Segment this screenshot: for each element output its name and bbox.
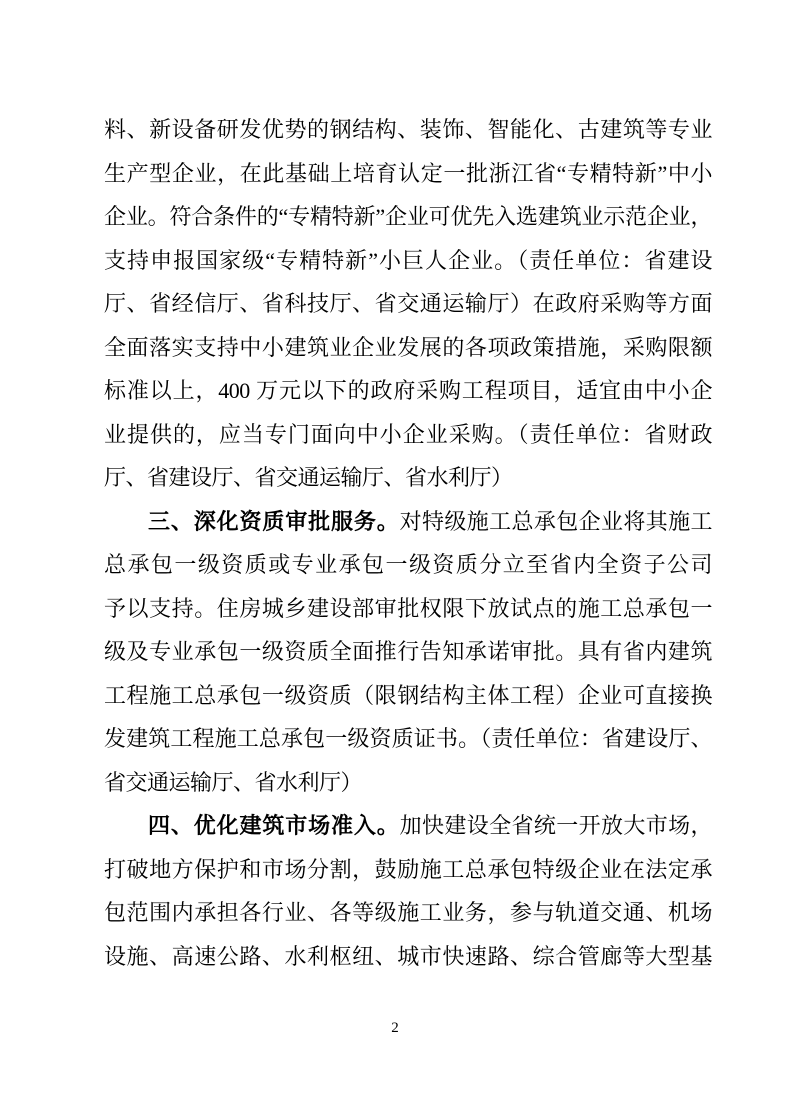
- section-4-first-line: 四、优化建筑市场准入。加快建设全省统一开放大市场，: [104, 804, 712, 848]
- text-line: 企业。符合条件的“专精特新”企业可优先入选建筑业示范企业，: [104, 195, 712, 239]
- page-number: 2: [0, 1016, 790, 1040]
- text-line: 级及专业承包一级资质全面推行告知承诺审批。具有省内建筑: [104, 630, 712, 674]
- section-3-heading: 三、深化资质审批服务。: [148, 509, 400, 534]
- text-line: 设施、高速公路、水利枢纽、城市快速路、综合管廊等大型基: [104, 935, 712, 979]
- text-line: 予以支持。住房城乡建设部审批权限下放试点的施工总承包一: [104, 587, 712, 631]
- text-line: 生产型企业，在此基础上培育认定一批浙江省“专精特新”中小: [104, 152, 712, 196]
- text-line: 省交通运输厅、省水利厅）: [104, 761, 712, 805]
- text-line: 全面落实支持中小建筑业企业发展的各项政策措施，采购限额: [104, 326, 712, 370]
- section-3-first-line: 三、深化资质审批服务。对特级施工总承包企业将其施工: [104, 500, 712, 544]
- text-line: 厅、省经信厅、省科技厅、省交通运输厅）在政府采购等方面: [104, 282, 712, 326]
- text-line: 厅、省建设厅、省交通运输厅、省水利厅）: [104, 456, 712, 500]
- text-line: 业提供的，应当专门面向中小企业采购。（责任单位：省财政: [104, 413, 712, 457]
- section-4-heading-rest: 加快建设全省统一开放大市场，: [400, 813, 712, 838]
- text-line: 总承包一级资质或专业承包一级资质分立至省内全资子公司: [104, 543, 712, 587]
- text-line: 支持申报国家级“专精特新”小巨人企业。（责任单位：省建设: [104, 239, 712, 283]
- text-line: 标准以上，400 万元以下的政府采购工程项目，适宜由中小企: [104, 369, 712, 413]
- text-line: 料、新设备研发优势的钢结构、装饰、智能化、古建筑等专业: [104, 108, 712, 152]
- text-line: 工程施工总承包一级资质（限钢结构主体工程）企业可直接换: [104, 674, 712, 718]
- section-3-heading-rest: 对特级施工总承包企业将其施工: [400, 509, 712, 534]
- section-4-heading: 四、优化建筑市场准入。: [148, 813, 400, 838]
- document-page: 料、新设备研发优势的钢结构、装饰、智能化、古建筑等专业 生产型企业，在此基础上培…: [0, 0, 790, 1117]
- text-line: 发建筑工程施工总承包一级资质证书。（责任单位：省建设厅、: [104, 717, 712, 761]
- document-body: 料、新设备研发优势的钢结构、装饰、智能化、古建筑等专业 生产型企业，在此基础上培…: [104, 108, 712, 978]
- text-line: 包范围内承担各行业、各等级施工业务，参与轨道交通、机场: [104, 891, 712, 935]
- text-line: 打破地方保护和市场分割，鼓励施工总承包特级企业在法定承: [104, 848, 712, 892]
